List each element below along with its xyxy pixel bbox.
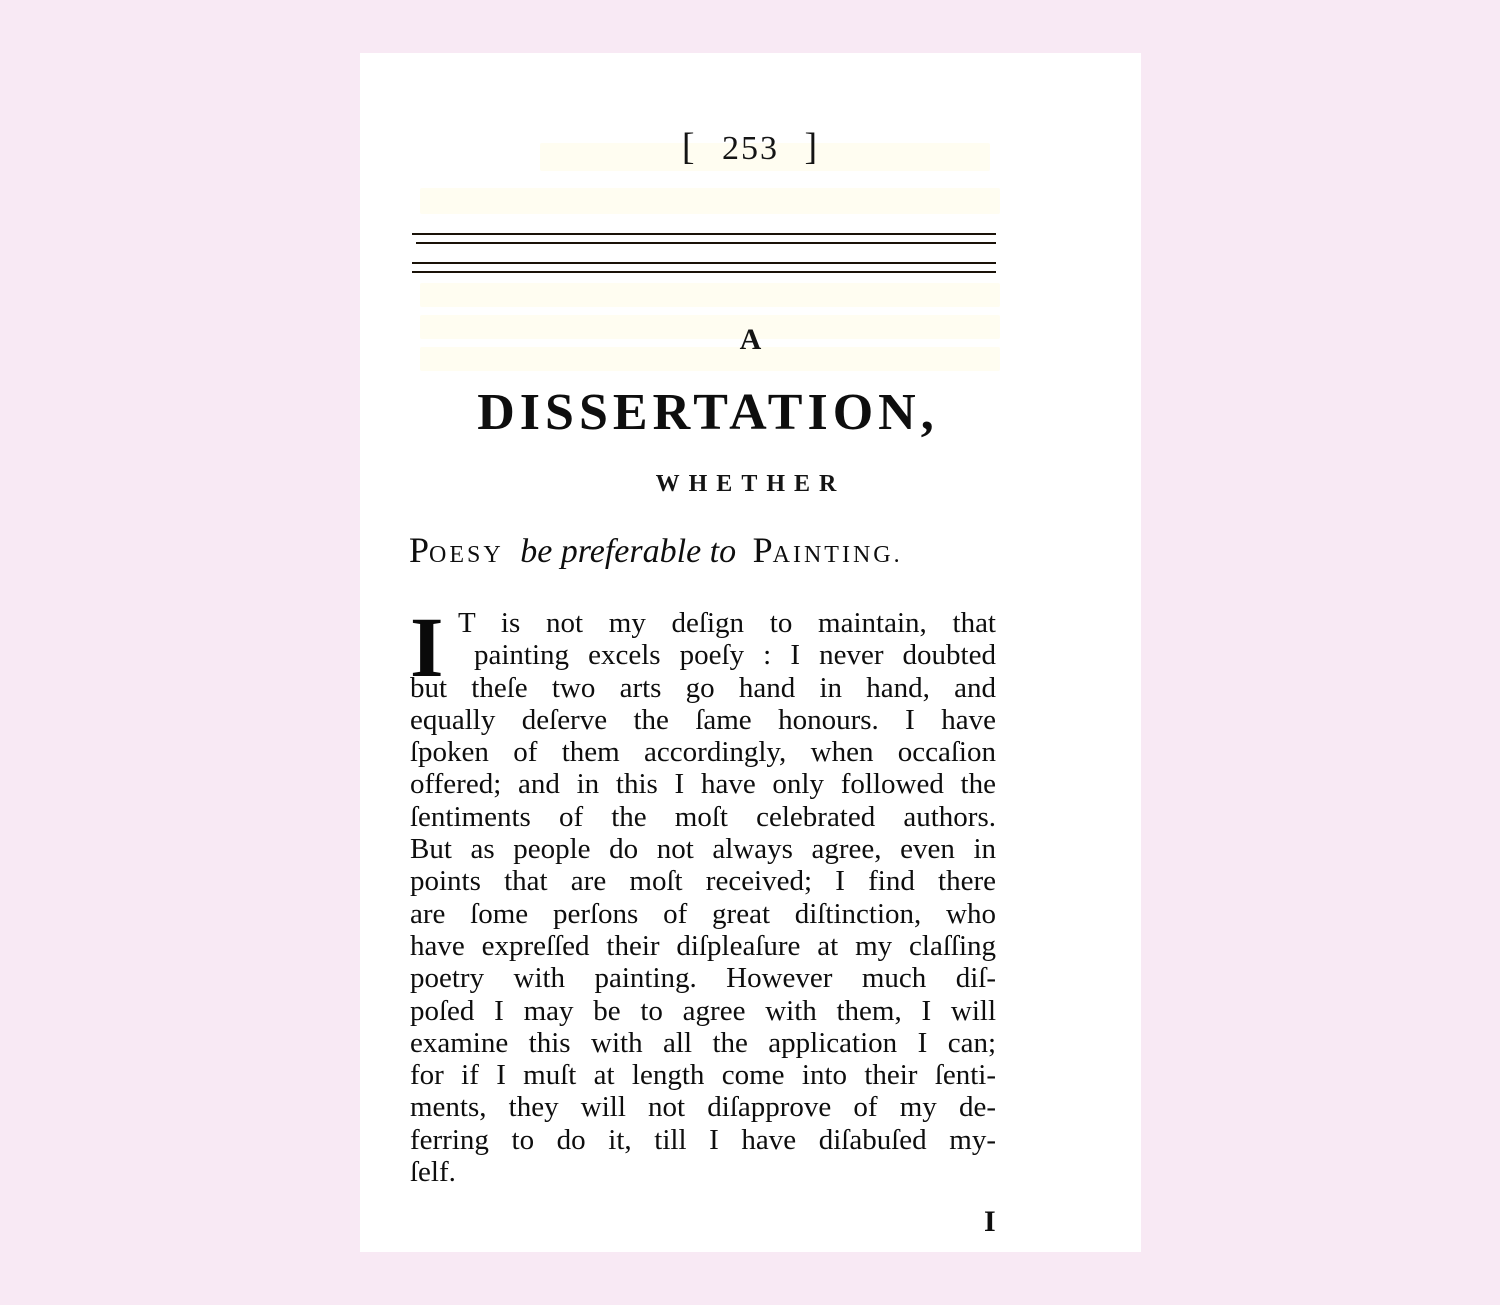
- header-rules: [412, 233, 996, 277]
- body-line: for if I muſt at length come into their …: [410, 1059, 996, 1091]
- body-line: but theſe two arts go hand in hand, and: [410, 672, 996, 704]
- bleed-through-texture: [420, 283, 1000, 307]
- header-rule: [412, 262, 996, 264]
- body-line: ſpoken of them accordingly, when occaſio…: [410, 736, 996, 768]
- subtitle-word1-initial: P: [409, 530, 429, 570]
- title-connector: WHETHER: [360, 471, 1141, 498]
- header-rule: [416, 242, 996, 244]
- body-line: ſelf.: [410, 1156, 996, 1188]
- title-article: A: [360, 323, 1141, 357]
- page-number-open-bracket: [: [682, 126, 697, 168]
- title-subtitle: POESY be preferable to PAINTING.: [409, 529, 999, 571]
- body-line: ferring to do it, till I have diſabuſed …: [410, 1124, 996, 1156]
- bleed-through-texture: [420, 188, 1000, 214]
- book-page: [ 253 ] A DISSERTATION, WHETHER POESY be…: [360, 53, 1141, 1252]
- body-line: painting excels poeſy : I never doubted: [410, 639, 996, 671]
- body-line: offered; and in this I have only followe…: [410, 768, 996, 800]
- body-line: ſentiments of the moſt celebrated author…: [410, 801, 996, 833]
- body-line: examine this with all the application I …: [410, 1027, 996, 1059]
- body-line: poetry with painting. However much diſ-: [410, 962, 996, 994]
- body-line: ments, they will not diſapprove of my de…: [410, 1091, 996, 1123]
- subtitle-word2-rest: AINTING.: [773, 542, 903, 568]
- body-line: poſed I may be to agree with them, I wil…: [410, 995, 996, 1027]
- body-line: have expreſſed their diſpleaſure at my c…: [410, 930, 996, 962]
- catchword: I: [984, 1205, 996, 1239]
- page-number-close-bracket: ]: [805, 126, 820, 168]
- page-number-value: 253: [708, 130, 793, 167]
- subtitle-word1-rest: OESY: [429, 542, 504, 568]
- body-line: points that are moſt received; I find th…: [410, 865, 996, 897]
- header-rule: [412, 233, 996, 235]
- header-rule: [412, 271, 996, 273]
- body-line: are ſome perſons of great diſtinction, w…: [410, 898, 996, 930]
- body-paragraph: T is not my deſign to maintain, that pai…: [410, 607, 996, 1188]
- subtitle-word2-initial: P: [753, 530, 773, 570]
- body-line: T is not my deſign to maintain, that: [410, 607, 996, 639]
- body-line: equally deſerve the ſame honours. I have: [410, 704, 996, 736]
- title-main: DISSERTATION,: [418, 383, 998, 442]
- page-number: [ 253 ]: [360, 125, 1141, 169]
- subtitle-italic-middle: be preferable to: [512, 533, 744, 570]
- body-line: But as people do not always agree, even …: [410, 833, 996, 865]
